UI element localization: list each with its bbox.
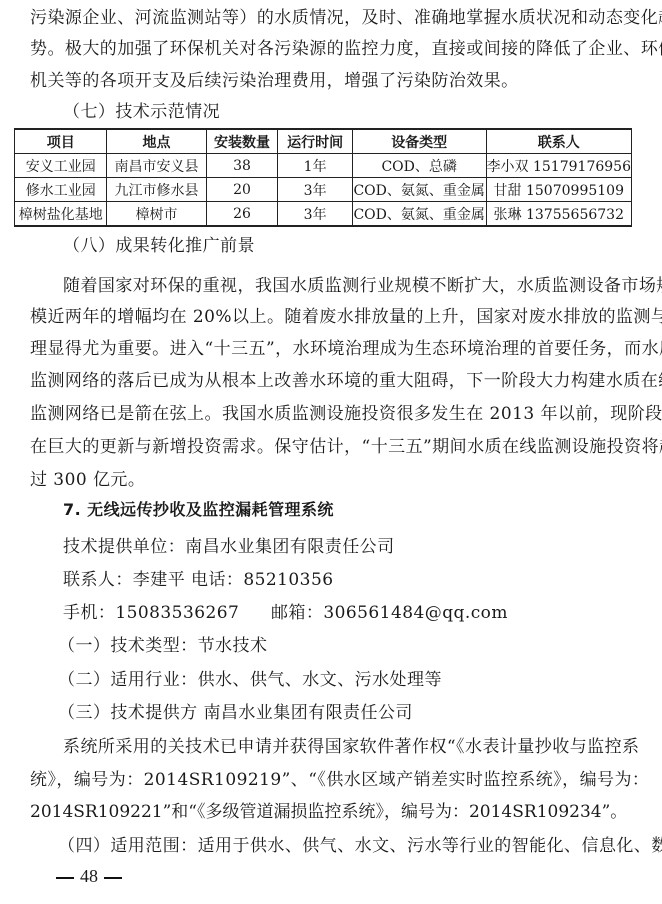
paragraph-line: 统》，编号为：2014SR109219”、“《供水区域产销差实时监控系统》，编号… (30, 769, 620, 791)
table-row: 修水工业园 九江市修水县 20 3年 COD、氨氮、重金属 甘甜 1507099… (15, 178, 632, 202)
paragraph-line: 势。极大的加强了环保机关对各污染源的监控力度，直接或间接的降低了企业、环保 (30, 38, 620, 60)
paragraph-line: 模近两年的增幅均在 20%以上。随着废水排放量的上升，国家对废水排放的监测与管 (30, 306, 620, 328)
table-cell: 李小双 15179176956 (486, 154, 631, 178)
paragraph-line: 系统所采用的关技术已申请并获得国家软件著作权“《水表计量抄收与监控系 (63, 736, 653, 758)
paragraph-line: 过 300 亿元。 (30, 469, 620, 491)
paragraph-line: 理显得尤为重要。进入“十三五”，水环境治理成为生态环境治理的首要任务，而水质 (30, 338, 620, 360)
provider-line: 技术提供单位：南昌水业集团有限责任公司 (63, 536, 653, 558)
paragraph-line: 监测网络已是箭在弦上。我国水质监测设施投资很多发生在 2013 年以前，现阶段存 (30, 403, 620, 425)
page-number: 48 (50, 864, 128, 888)
email-text: 邮箱：306561484@qq.com (271, 602, 508, 624)
table-cell: 1年 (278, 154, 352, 178)
table-cell: 南昌市安义县 (107, 154, 206, 178)
page-number-text: 48 (80, 866, 98, 886)
demo-table: 项目 地点 安装数量 运行时间 设备类型 联系人 安义工业园 南昌市安义县 38… (14, 128, 632, 227)
mobile-text: 手机：15083536267 (63, 603, 239, 623)
table-cell: COD、总磷 (352, 154, 486, 178)
table-cell: 樟树市 (107, 202, 206, 227)
mobile-line: 手机：15083536267 邮箱：306561484@qq.com (63, 602, 653, 624)
scope-line: （四）适用范围：适用于供水、供气、水文、污水等行业的智能化、信息化、数 (58, 835, 648, 857)
contact-line: 联系人：李建平 电话：85210356 (63, 569, 653, 591)
table-header: 地点 (107, 129, 206, 154)
table-row: 安义工业园 南昌市安义县 38 1年 COD、总磷 李小双 1517917695… (15, 154, 632, 178)
table-cell: 3年 (278, 202, 352, 227)
paragraph-line: 在巨大的更新与新增投资需求。保守估计，“十三五”期间水质在线监测设施投资将超 (30, 436, 620, 458)
table-header-row: 项目 地点 安装数量 运行时间 设备类型 联系人 (15, 129, 632, 154)
dash-left (56, 877, 74, 879)
industry-line: （二）适用行业：供水、供气、水文、污水处理等 (58, 669, 648, 691)
paragraph-line: 随着国家对环保的重视，我国水质监测行业规模不断扩大，水质监测设备市场规 (63, 275, 653, 297)
paragraph-line: 污染源企业、河流监测站等）的水质情况，及时、准确地掌握水质状况和动态变化趋 (30, 7, 620, 29)
table-cell: 张琳 13755656732 (486, 202, 631, 227)
table-cell: 38 (206, 154, 278, 178)
table-header: 设备类型 (352, 129, 486, 154)
table-cell: 甘甜 15070995109 (486, 178, 631, 202)
section-title-prospects: （八）成果转化推广前景 (63, 235, 653, 257)
tech-type-line: （一）技术类型：节水技术 (58, 635, 648, 657)
section-title-demo: （七）技术示范情况 (63, 101, 653, 123)
table-cell: 樟树盐化基地 (15, 202, 107, 227)
item-heading: 7. 无线远传抄收及监控漏耗管理系统 (63, 499, 653, 521)
table-cell: COD、氨氮、重金属 (352, 178, 486, 202)
provider2-line: （三）技术提供方 南昌水业集团有限责任公司 (58, 702, 648, 724)
table-cell: 修水工业园 (15, 178, 107, 202)
paragraph-line: 2014SR109221”和“《多级管道漏损监控系统》，编号为：2014SR10… (30, 801, 620, 823)
table-cell: 安义工业园 (15, 154, 107, 178)
table-cell: 3年 (278, 178, 352, 202)
table-row: 樟树盐化基地 樟树市 26 3年 COD、氨氮、重金属 张琳 137556567… (15, 202, 632, 227)
table-header: 联系人 (486, 129, 631, 154)
dash-right (104, 877, 122, 879)
table-cell: 九江市修水县 (107, 178, 206, 202)
table-cell: 20 (206, 178, 278, 202)
table-header: 项目 (15, 129, 107, 154)
table-cell: COD、氨氮、重金属 (352, 202, 486, 227)
table-header: 安装数量 (206, 129, 278, 154)
paragraph-line: 机关等的各项开支及后续污染治理费用，增强了污染防治效果。 (30, 70, 620, 92)
table-header: 运行时间 (278, 129, 352, 154)
paragraph-line: 监测网络的落后已成为从根本上改善水环境的重大阻碍，下一阶段大力构建水质在线 (30, 370, 620, 392)
table-cell: 26 (206, 202, 278, 227)
